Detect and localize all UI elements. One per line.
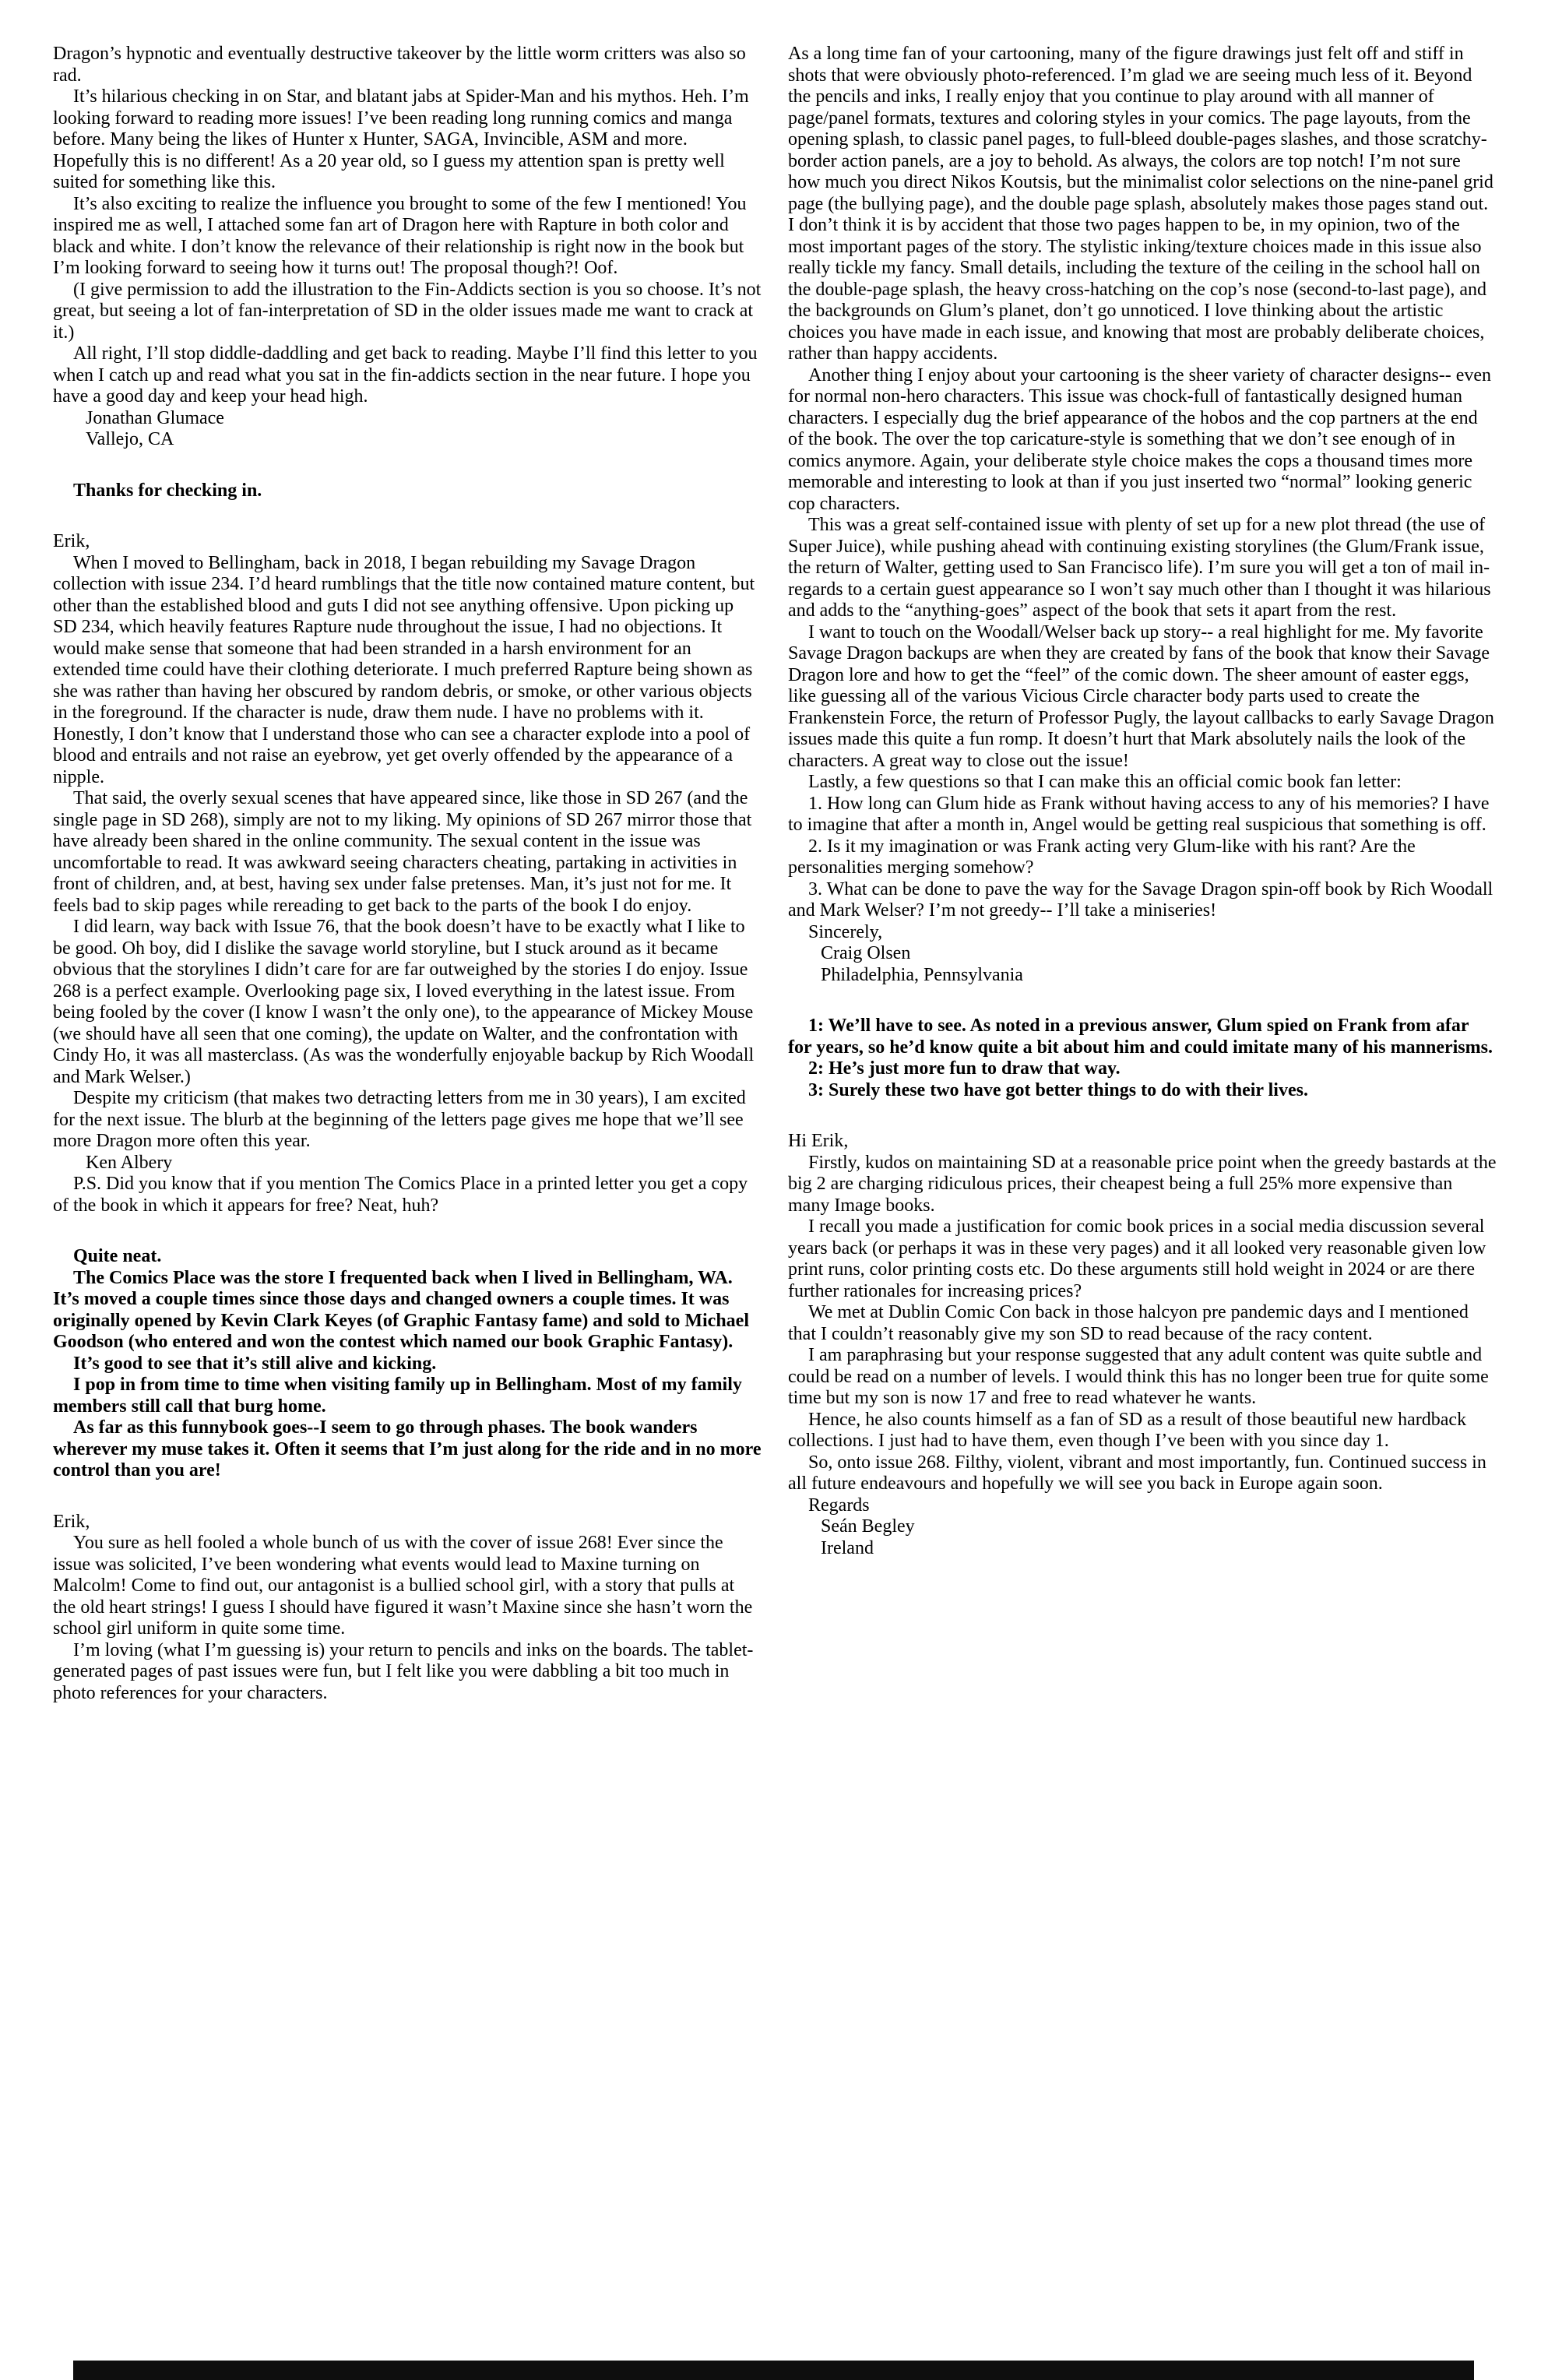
- editor-response-paragraph: 1: We’ll have to see. As noted in a prev…: [788, 1016, 1497, 1058]
- letter-paragraph: Erik,: [53, 1512, 762, 1533]
- letter-paragraph: Another thing I enjoy about your cartoon…: [788, 365, 1497, 516]
- editor-response-paragraph: Quite neat.: [53, 1246, 762, 1268]
- signature-line: Philadelphia, Pennsylvania: [788, 965, 1497, 987]
- letter-paragraph: Dragon’s hypnotic and eventually destruc…: [53, 44, 762, 86]
- editor-response-paragraph: Thanks for checking in.: [53, 481, 762, 502]
- letter-paragraph: Despite my criticism (that makes two det…: [53, 1088, 762, 1153]
- letter-paragraph: You sure as hell fooled a whole bunch of…: [53, 1533, 762, 1640]
- letters-columns: Dragon’s hypnotic and eventually destruc…: [0, 0, 1548, 1704]
- section-gap: [53, 1216, 762, 1246]
- letter-paragraph: When I moved to Bellingham, back in 2018…: [53, 553, 762, 789]
- section-gap: [788, 986, 1497, 1016]
- letter-paragraph: That said, the overly sexual scenes that…: [53, 788, 762, 917]
- letter-paragraph: Hi Erik,: [788, 1131, 1497, 1153]
- letter-paragraph: Hence, he also counts himself as a fan o…: [788, 1410, 1497, 1452]
- letter-paragraph: This was a great self-contained issue wi…: [788, 515, 1497, 622]
- signature-line: Ireland: [788, 1538, 1497, 1560]
- letter-paragraph: So, onto issue 268. Filthy, violent, vib…: [788, 1452, 1497, 1495]
- letters-page: Dragon’s hypnotic and eventually destruc…: [0, 0, 1548, 2380]
- signature-line: Ken Albery: [53, 1153, 762, 1174]
- letter-paragraph: As a long time fan of your cartooning, m…: [788, 44, 1497, 365]
- letter-paragraph: I want to touch on the Woodall/Welser ba…: [788, 622, 1497, 773]
- section-gap: [53, 502, 762, 531]
- letter-paragraph: It’s hilarious checking in on Star, and …: [53, 86, 762, 194]
- editor-response-paragraph: The Comics Place was the store I frequen…: [53, 1268, 762, 1354]
- letter-paragraph: Lastly, a few questions so that I can ma…: [788, 772, 1497, 794]
- section-gap: [53, 451, 762, 481]
- bottom-crop-bar: [73, 2361, 1474, 2380]
- letter-paragraph: 1. How long can Glum hide as Frank witho…: [788, 794, 1497, 836]
- letter-paragraph: P.S. Did you know that if you mention Th…: [53, 1174, 762, 1216]
- letter-paragraph: (I give permission to add the illustrati…: [53, 280, 762, 344]
- left-column: Dragon’s hypnotic and eventually destruc…: [53, 44, 762, 1704]
- section-gap: [53, 1482, 762, 1512]
- signature-line: Craig Olsen: [788, 943, 1497, 965]
- letter-paragraph: 3. What can be done to pave the way for …: [788, 879, 1497, 922]
- letter-paragraph: I am paraphrasing but your response sugg…: [788, 1345, 1497, 1410]
- editor-response-paragraph: 3: Surely these two have got better thin…: [788, 1080, 1497, 1102]
- letter-paragraph: I recall you made a justification for co…: [788, 1216, 1497, 1302]
- signature-line: Seán Begley: [788, 1516, 1497, 1538]
- letter-paragraph: It’s also exciting to realize the influe…: [53, 194, 762, 280]
- editor-response-paragraph: As far as this funnybook goes--I seem to…: [53, 1417, 762, 1482]
- letter-paragraph: We met at Dublin Comic Con back in those…: [788, 1302, 1497, 1345]
- letter-paragraph: Erik,: [53, 531, 762, 553]
- signature-line: Jonathan Glumace: [53, 408, 762, 430]
- letter-paragraph: I did learn, way back with Issue 76, tha…: [53, 917, 762, 1088]
- letter-paragraph: All right, I’ll stop diddle-daddling and…: [53, 343, 762, 408]
- right-column: As a long time fan of your cartooning, m…: [788, 44, 1497, 1704]
- section-gap: [788, 1101, 1497, 1131]
- letter-paragraph: 2. Is it my imagination or was Frank act…: [788, 836, 1497, 879]
- letter-paragraph: Sincerely,: [788, 922, 1497, 944]
- editor-response-paragraph: I pop in from time to time when visiting…: [53, 1375, 762, 1417]
- letter-paragraph: I’m loving (what I’m guessing is) your r…: [53, 1640, 762, 1705]
- signature-line: Vallejo, CA: [53, 429, 762, 451]
- letter-paragraph: Firstly, kudos on maintaining SD at a re…: [788, 1153, 1497, 1217]
- editor-response-paragraph: It’s good to see that it’s still alive a…: [53, 1354, 762, 1375]
- editor-response-paragraph: 2: He’s just more fun to draw that way.: [788, 1058, 1497, 1080]
- letter-paragraph: Regards: [788, 1495, 1497, 1517]
